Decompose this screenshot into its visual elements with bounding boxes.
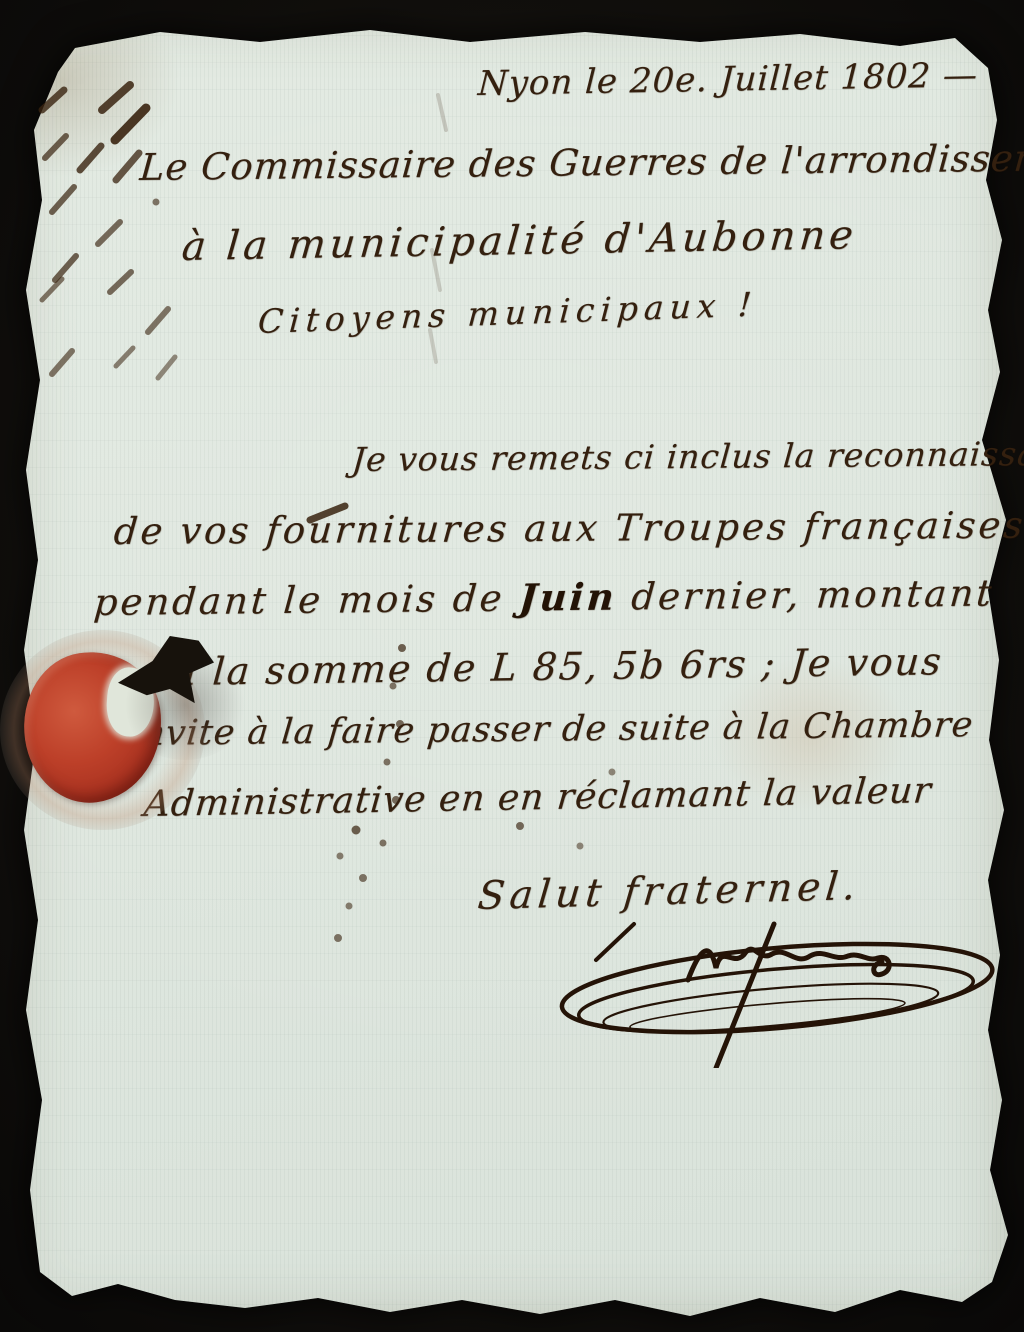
- month-word: Juin: [518, 575, 619, 620]
- body-line-2: de vos fournitures aux Troupes française…: [112, 504, 1024, 553]
- body-line-3-pre: pendant le mois de: [92, 577, 521, 624]
- sender-line: Le Commissaire des Guerres de l'arrondis…: [138, 136, 1024, 189]
- body-line-1: Je vous remets ci inclus la reconnaissan…: [350, 433, 1024, 479]
- body-line-3-post: dernier, montant: [615, 572, 996, 619]
